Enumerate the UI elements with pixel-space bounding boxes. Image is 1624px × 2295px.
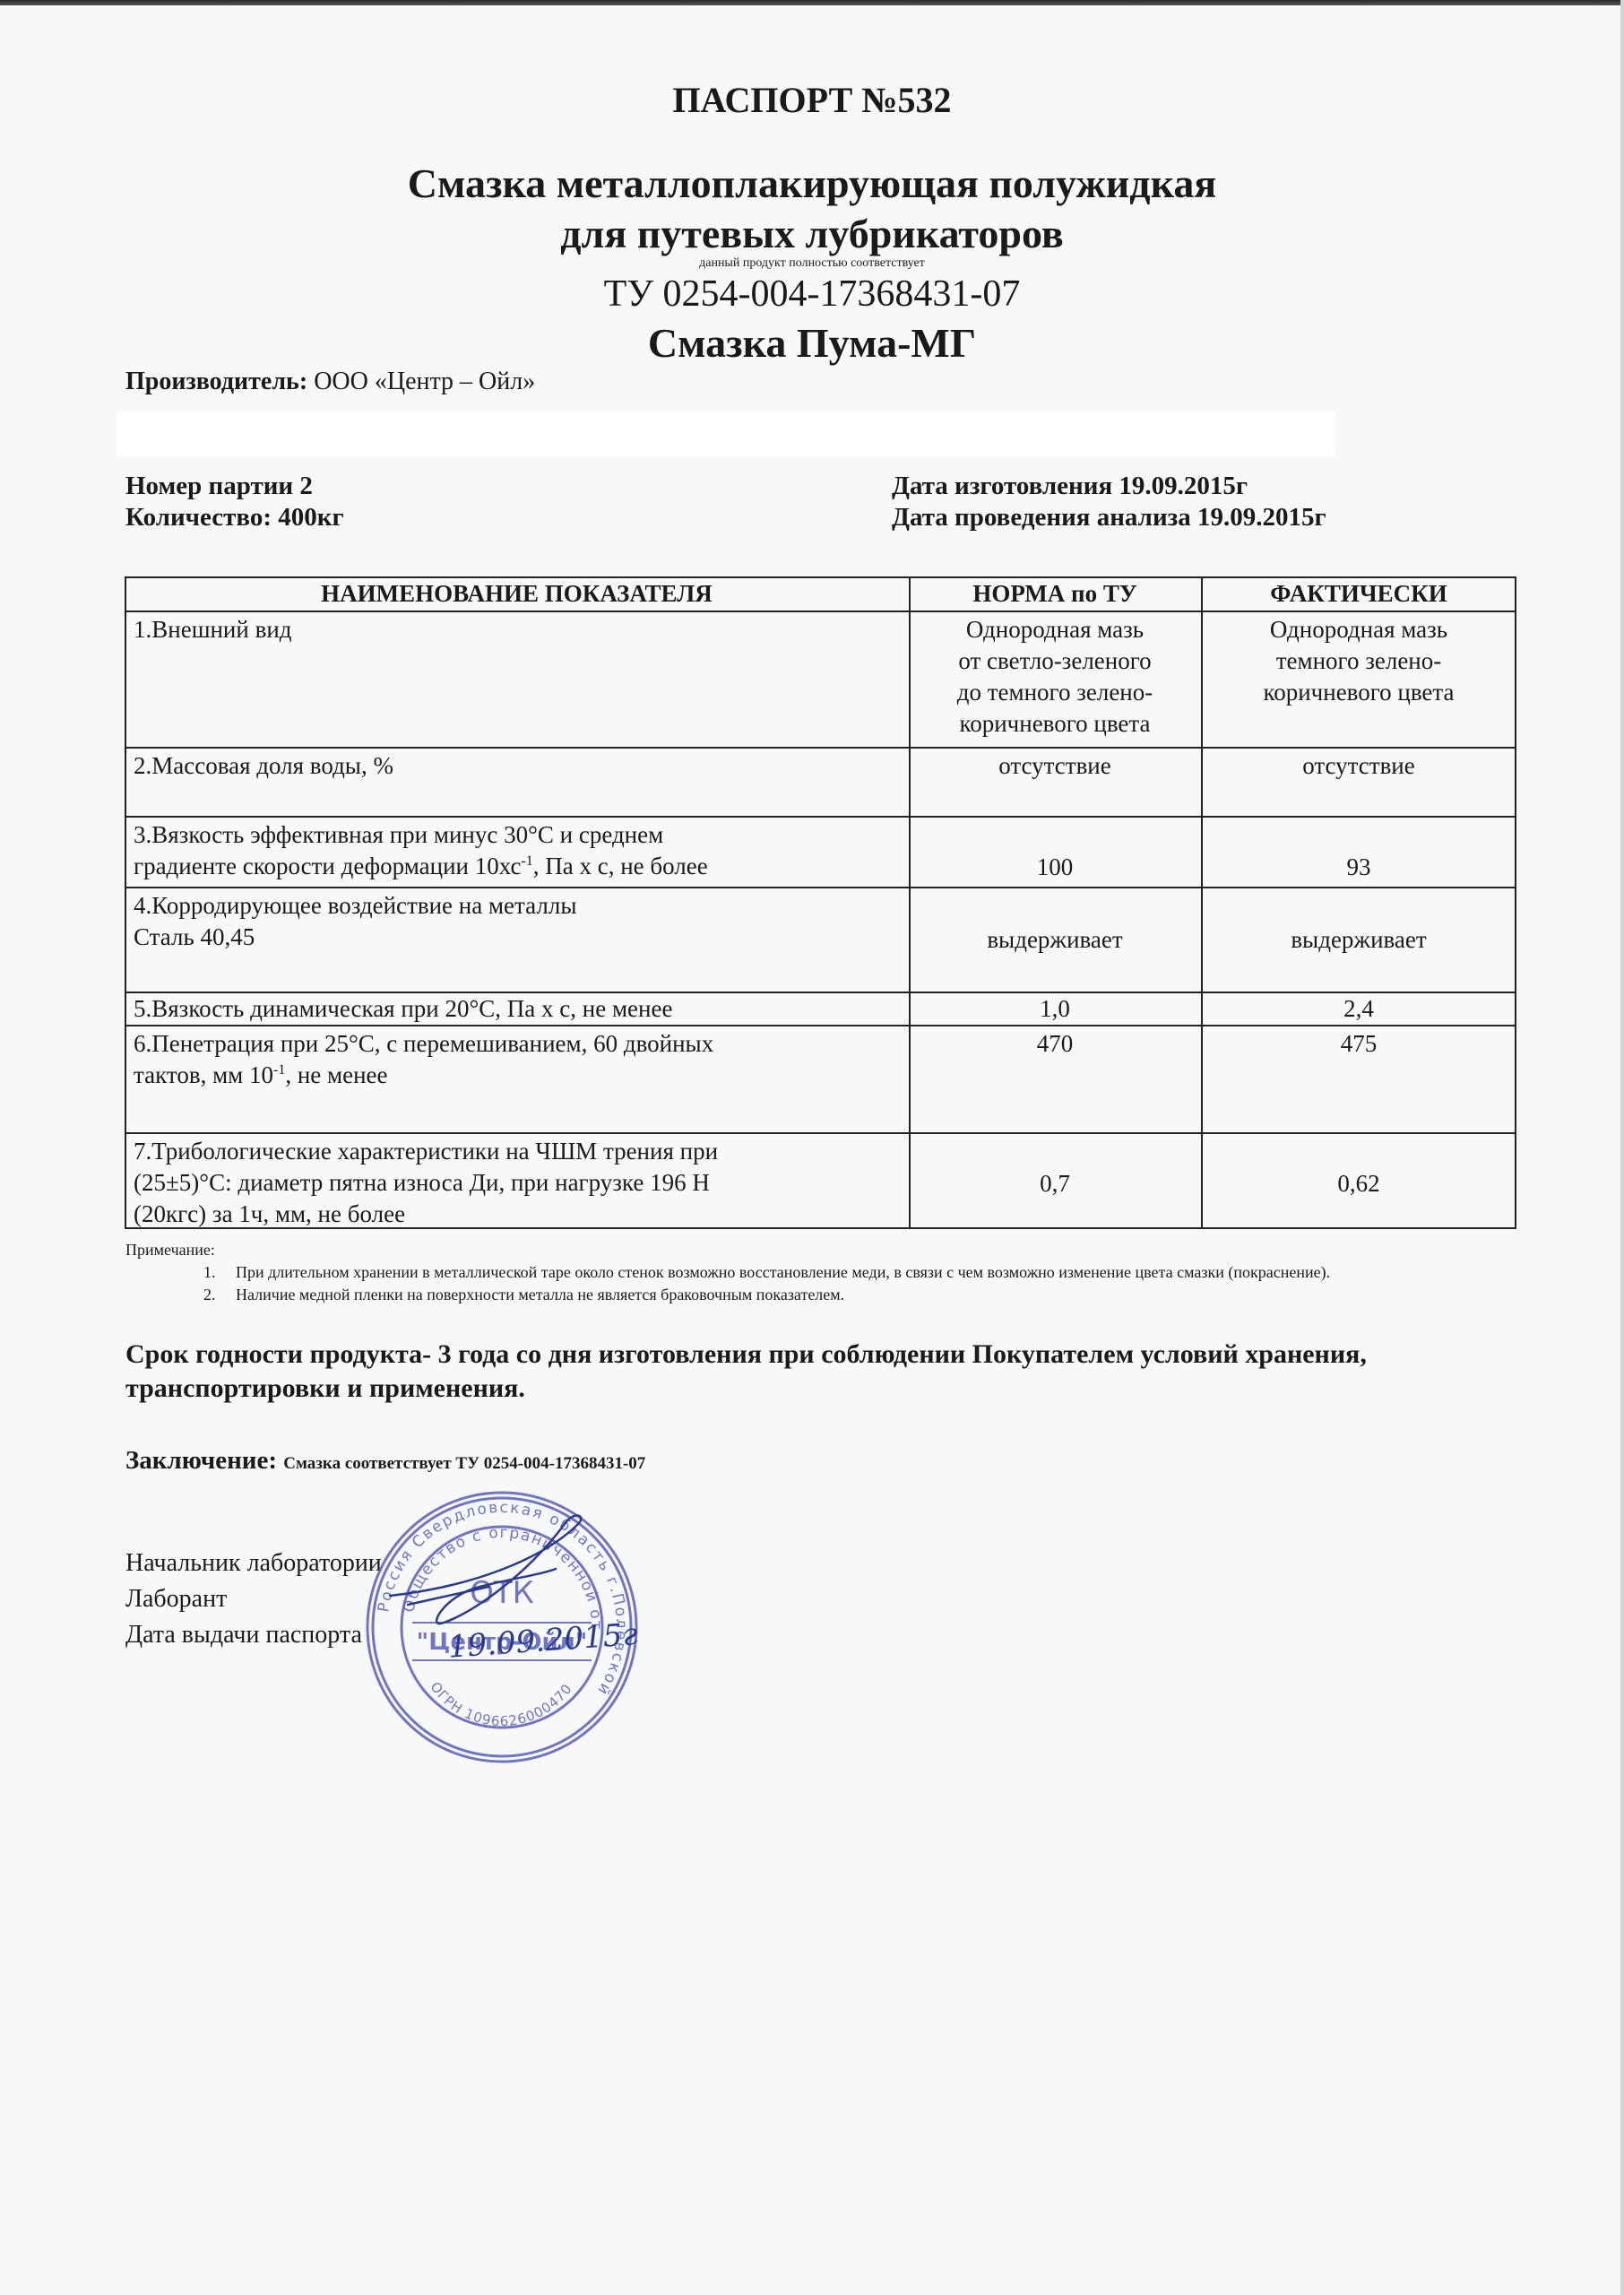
product-description-line2: для путевых лубрикаторов [0, 210, 1624, 257]
producer-line: Производитель: ООО «Центр – Ойл» [125, 368, 535, 396]
indicators-table: НАИМЕНОВАНИЕ ПОКАЗАТЕЛЯНОРМА по ТУФАКТИЧ… [125, 576, 1516, 1227]
compliance-note: данный продукт полностью соответствует [0, 256, 1624, 271]
table-cell-name: 5.Вязкость динамическая при 20°С, Па х с… [134, 993, 904, 1025]
analysis-date: Дата проведения анализа 19.09.2015г [892, 503, 1326, 533]
table-header: НАИМЕНОВАНИЕ ПОКАЗАТЕЛЯ [125, 578, 909, 610]
notes-list: При длительном хранении в металлической … [125, 1261, 1524, 1306]
table-cell-norm: 0,7 [909, 1168, 1201, 1199]
producer-label: Производитель: [125, 368, 307, 395]
notes-label: Примечание: [125, 1239, 1524, 1261]
table-rule [125, 816, 1516, 818]
shelf-life: Срок годности продукта- 3 года со дня из… [125, 1338, 1470, 1406]
lab-head-label: Начальник лаборатории [125, 1549, 382, 1578]
scan-edge-top [0, 0, 1624, 5]
table-cell-actual: 0,62 [1201, 1168, 1516, 1199]
table-rule [125, 611, 1516, 612]
table-cell-name: 7.Трибологические характеристики на ЧШМ … [134, 1136, 904, 1230]
table-cell-name: 3.Вязкость эффективная при минус 30°С и … [134, 819, 904, 882]
batch-number: Номер партии 2 [125, 472, 313, 501]
table-cell-actual: 475 [1201, 1028, 1516, 1060]
conclusion-value: Смазка соответствует ТУ 0254-004-1736843… [283, 1454, 645, 1473]
conclusion: Заключение: Смазка соответствует ТУ 0254… [125, 1446, 645, 1476]
redacted-area [117, 411, 1335, 457]
otk-stamp-icon: Россия Свердловская область г.Полевской … [363, 1488, 641, 1766]
table-header: НОРМА по ТУ [909, 578, 1201, 610]
table-cell-norm: 100 [909, 852, 1201, 883]
table-rule [125, 576, 126, 1227]
table-cell-actual: 93 [1201, 852, 1516, 883]
table-rule [125, 1025, 1516, 1026]
producer-value: ООО «Центр – Ойл» [314, 368, 535, 395]
table-cell-norm: выдерживает [909, 924, 1201, 956]
table-cell-norm: 470 [909, 1028, 1201, 1060]
lab-assistant-label: Лаборант [125, 1585, 227, 1614]
table-rule [125, 1132, 1516, 1134]
product-name: Смазка Пума-МГ [0, 319, 1624, 367]
table-cell-norm: Однородная мазьот светло-зеленогодо темн… [909, 614, 1201, 740]
table-cell-actual: выдерживает [1201, 924, 1516, 956]
batch-quantity: Количество: 400кг [125, 503, 344, 533]
table-cell-actual: 2,4 [1201, 993, 1516, 1025]
table-cell-name: 2.Массовая доля воды, % [134, 750, 904, 782]
note-item: При длительном хранении в металлической … [220, 1261, 1524, 1284]
table-cell-name: 4.Корродирующее воздействие на металлыСт… [134, 890, 904, 953]
table-rule [125, 887, 1516, 888]
spec-number: ТУ 0254-004-17368431-07 [0, 273, 1624, 316]
issue-date-label: Дата выдачи паспорта [125, 1621, 362, 1650]
manufacture-date: Дата изготовления 19.09.2015г [892, 472, 1248, 501]
table-cell-name: 1.Внешний вид [134, 614, 904, 645]
table-cell-norm: отсутствие [909, 750, 1201, 782]
passport-title: ПАСПОРТ №532 [0, 79, 1624, 121]
note-item: Наличие медной пленки на поверхности мет… [220, 1284, 1524, 1306]
table-cell-name: 6.Пенетрация при 25°С, с перемешиванием,… [134, 1028, 904, 1091]
table-rule [125, 747, 1516, 749]
table-header: ФАКТИЧЕСКИ [1201, 578, 1516, 610]
table-cell-norm: 1,0 [909, 993, 1201, 1025]
conclusion-label: Заключение: [125, 1446, 277, 1475]
table-cell-actual: отсутствие [1201, 750, 1516, 782]
table-cell-actual: Однородная мазьтемного зелено-коричневог… [1201, 614, 1516, 708]
product-description-line1: Смазка металлоплакирующая полужидкая [0, 160, 1624, 207]
notes: Примечание: При длительном хранении в ме… [125, 1239, 1524, 1306]
svg-text:ОГРН 1096626000470: ОГРН 1096626000470 [427, 1679, 575, 1729]
